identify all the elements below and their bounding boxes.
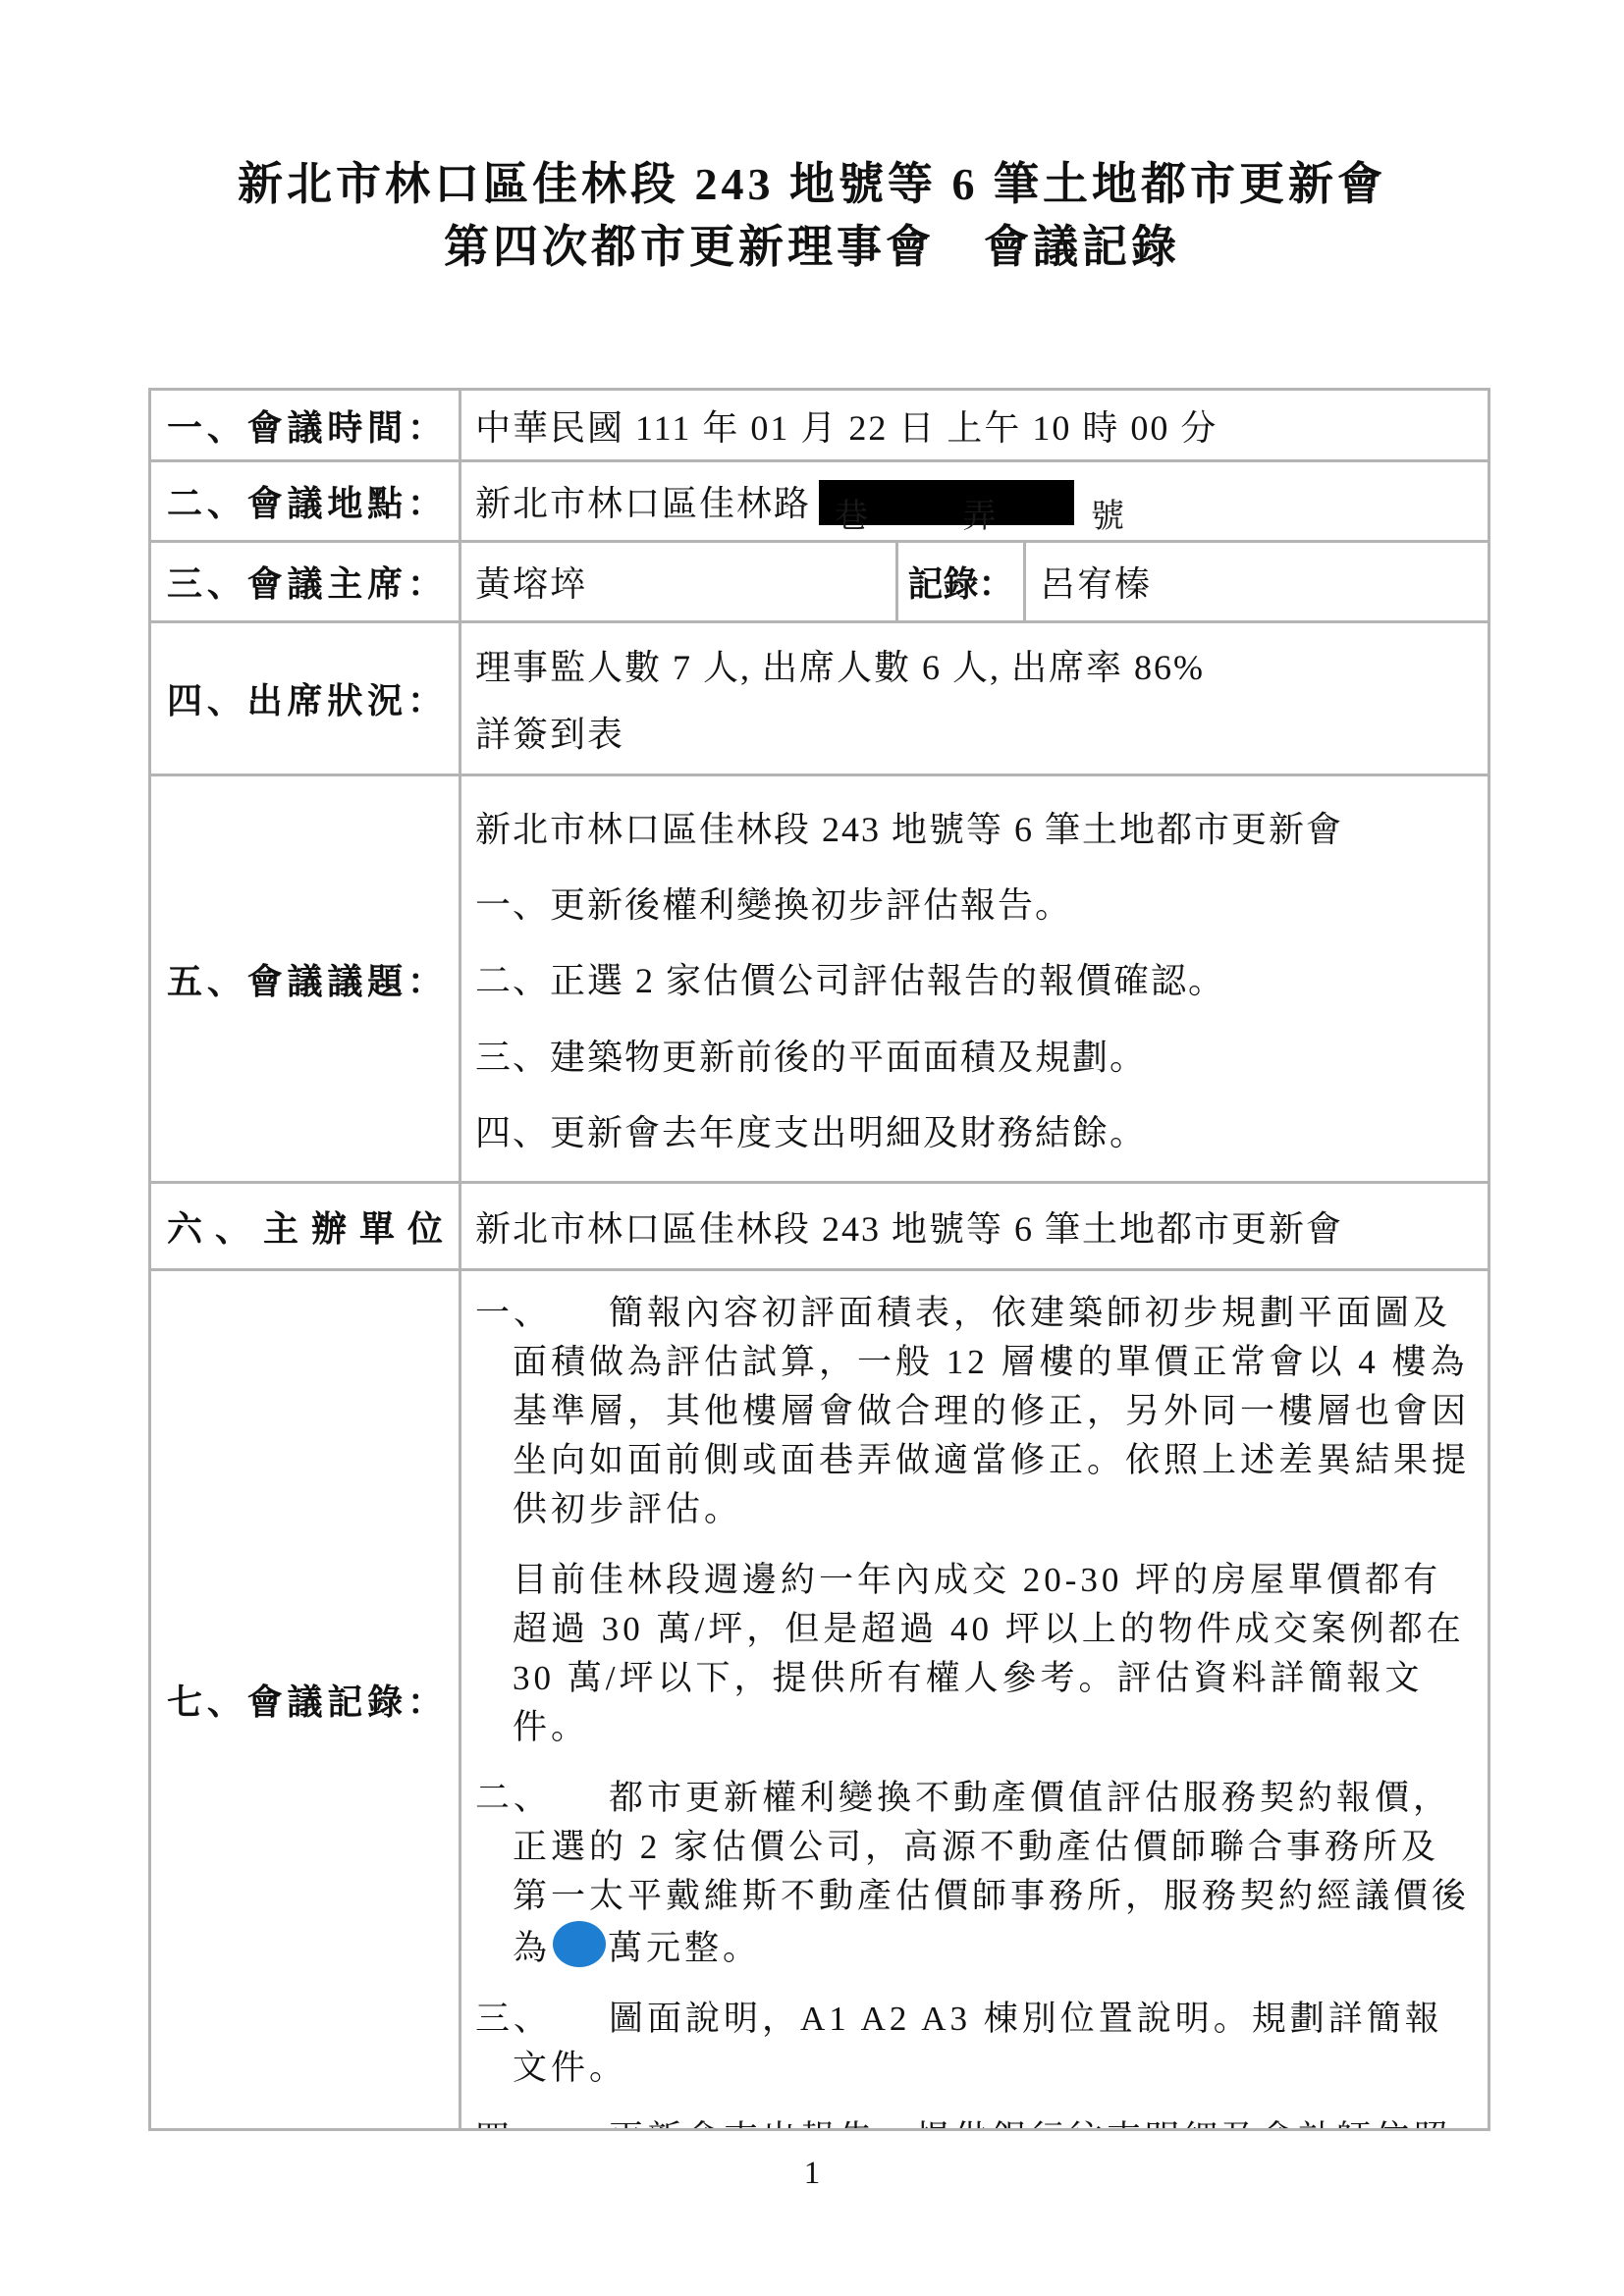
row-attendance: 四、出席狀況： 理事監人數 7 人, 出席人數 6 人, 出席率 86% 詳簽到… bbox=[150, 622, 1489, 775]
attendance-line: 詳簽到表 bbox=[475, 707, 1488, 757]
item-marker: 三、 bbox=[475, 2000, 552, 2038]
item-text: 更新會支出報告，提供銀行往來明細及會計師依照實際支出及銀行往來明細製作日記帳。詳… bbox=[513, 2119, 1451, 2130]
item-text: 萬元整。 bbox=[608, 1929, 761, 1967]
agenda-line: 四、更新會去年度支出明細及財務結餘。 bbox=[475, 1105, 1488, 1155]
meeting-place-value: 新北市林口區佳林路巷 弄 號 bbox=[460, 461, 1489, 542]
row-minutes: 七、會議記錄： 一、簡報內容初評面積表，依建築師初步規劃平面圖及面積做為評估試算… bbox=[150, 1270, 1489, 2130]
row-meeting-place: 二、會議地點： 新北市林口區佳林路巷 弄 號 bbox=[150, 461, 1489, 542]
minutes-value: 一、簡報內容初評面積表，依建築師初步規劃平面圖及面積做為評估試算，一般 12 層… bbox=[460, 1270, 1489, 2130]
document-page: 新北市林口區佳林段 243 地號等 6 筆土地都市更新會 第四次都市更新理事會 … bbox=[0, 0, 1624, 2296]
attendance-value: 理事監人數 7 人, 出席人數 6 人, 出席率 86% 詳簽到表 bbox=[460, 622, 1489, 775]
meeting-time-label: 一、會議時間： bbox=[150, 390, 460, 461]
blue-redaction-dot bbox=[553, 1921, 606, 1967]
meeting-chair-value: 黃塎埣 bbox=[460, 542, 897, 622]
row-meeting-time: 一、會議時間： 中華民國 111 年 01 月 22 日 上午 10 時 00 … bbox=[150, 390, 1489, 461]
minutes-item-4: 四、更新會支出報告，提供銀行往來明細及會計師依照實際支出及銀行往來明細製作日記帳… bbox=[475, 2114, 1474, 2130]
recorder-label: 記錄： bbox=[897, 542, 1025, 622]
agenda-line: 新北市林口區佳林段 243 地號等 6 筆土地都市更新會 bbox=[475, 802, 1488, 852]
item-text: 目前佳林段週邊約一年內成交 20-30 坪的房屋單價都有超過 30 萬/坪，但是… bbox=[513, 1561, 1465, 1746]
meeting-time-value: 中華民國 111 年 01 月 22 日 上午 10 時 00 分 bbox=[460, 390, 1489, 461]
agenda-label: 五、會議議題： bbox=[150, 775, 460, 1183]
row-agenda: 五、會議議題： 新北市林口區佳林段 243 地號等 6 筆土地都市更新會 一、更… bbox=[150, 775, 1489, 1183]
title-line-1: 新北市林口區佳林段 243 地號等 6 筆土地都市更新會 bbox=[0, 153, 1624, 216]
row-organizer: 六、主辦單位 新北市林口區佳林段 243 地號等 6 筆土地都市更新會 bbox=[150, 1183, 1489, 1270]
attendance-line: 理事監人數 7 人, 出席人數 6 人, 出席率 86% bbox=[475, 640, 1488, 690]
item-marker: 一、 bbox=[475, 1294, 552, 1332]
meeting-info-table: 一、會議時間： 中華民國 111 年 01 月 22 日 上午 10 時 00 … bbox=[148, 388, 1490, 2131]
minutes-item-1-paragraph-2: 目前佳林段週邊約一年內成交 20-30 坪的房屋單價都有超過 30 萬/坪，但是… bbox=[475, 1556, 1474, 1752]
black-redaction-bar: 巷 弄 號 bbox=[819, 480, 1074, 525]
item-text: 簡報內容初評面積表，依建築師初步規劃平面圖及面積做為評估試算，一般 12 層樓的… bbox=[513, 1294, 1470, 1528]
title-line-2: 第四次都市更新理事會 會議記錄 bbox=[0, 216, 1624, 279]
document-title: 新北市林口區佳林段 243 地號等 6 筆土地都市更新會 第四次都市更新理事會 … bbox=[0, 153, 1624, 279]
recorder-value: 呂宥榛 bbox=[1025, 542, 1489, 622]
item-text: 圖面說明，A1 A2 A3 棟別位置說明。規劃詳簡報文件。 bbox=[513, 2000, 1443, 2087]
minutes-item-2: 二、都市更新權利變換不動產價值評估服務契約報價，正選的 2 家估價公司，高源不動… bbox=[475, 1774, 1474, 1973]
redaction-peek-text: 巷 弄 號 bbox=[835, 489, 1167, 537]
agenda-line: 二、正選 2 家估價公司評估報告的報價確認。 bbox=[475, 953, 1488, 1003]
item-marker: 二、 bbox=[475, 1779, 552, 1817]
minutes-item-1: 一、簡報內容初評面積表，依建築師初步規劃平面圖及面積做為評估試算，一般 12 層… bbox=[475, 1289, 1474, 1534]
item-marker: 四、 bbox=[475, 2119, 552, 2130]
meeting-place-label: 二、會議地點： bbox=[150, 461, 460, 542]
row-meeting-chair: 三、會議主席： 黃塎埣 記錄： 呂宥榛 bbox=[150, 542, 1489, 622]
organizer-value: 新北市林口區佳林段 243 地號等 6 筆土地都市更新會 bbox=[460, 1183, 1489, 1270]
organizer-label: 六、主辦單位 bbox=[150, 1183, 460, 1270]
page-number: 1 bbox=[0, 2156, 1624, 2192]
meeting-place-prefix: 新北市林口區佳林路 bbox=[475, 484, 811, 523]
attendance-label: 四、出席狀況： bbox=[150, 622, 460, 775]
agenda-line: 一、更新後權利變換初步評估報告。 bbox=[475, 878, 1488, 928]
minutes-label: 七、會議記錄： bbox=[150, 1270, 460, 2130]
minutes-item-3: 三、圖面說明，A1 A2 A3 棟別位置說明。規劃詳簡報文件。 bbox=[475, 1995, 1474, 2093]
agenda-line: 三、建築物更新前後的平面面積及規劃。 bbox=[475, 1030, 1488, 1080]
meeting-chair-label: 三、會議主席： bbox=[150, 542, 460, 622]
agenda-value: 新北市林口區佳林段 243 地號等 6 筆土地都市更新會 一、更新後權利變換初步… bbox=[460, 775, 1489, 1183]
